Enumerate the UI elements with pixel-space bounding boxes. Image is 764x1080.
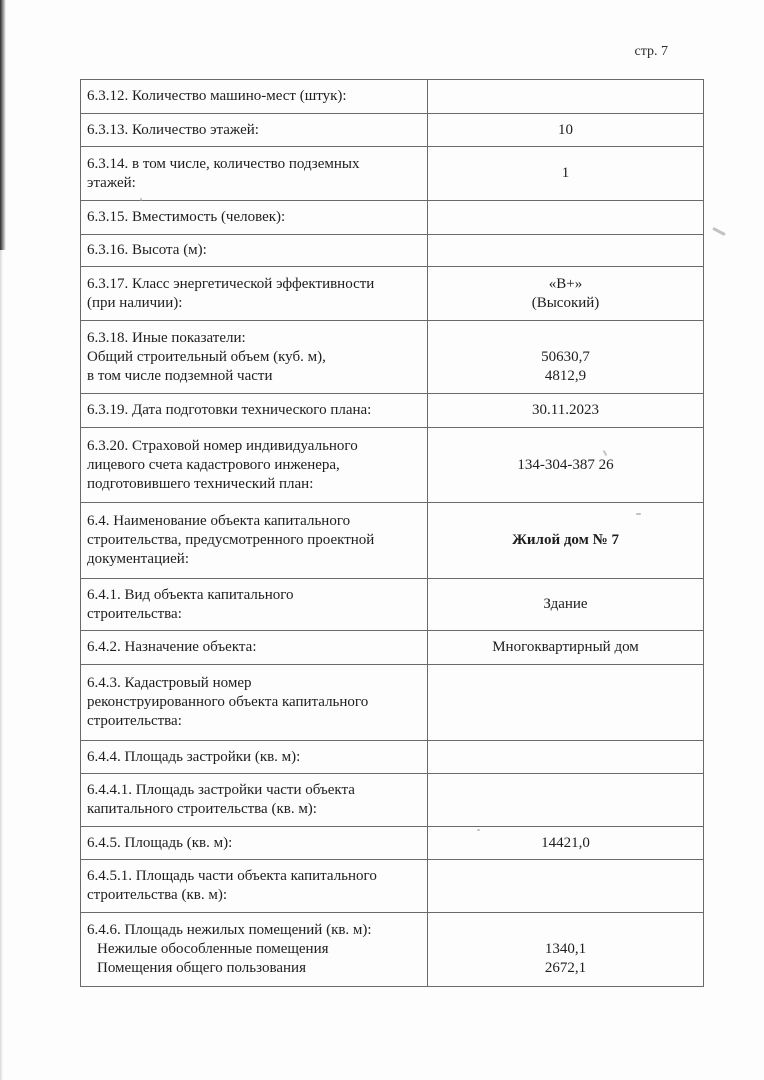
label-line: 6.4. Наименование объекта капитального — [87, 512, 421, 531]
table-row: 6.3.20. Страховой номер индивидуальногол… — [81, 428, 704, 503]
scan-edge-shadow — [0, 0, 6, 250]
field-label: 6.4.5.1. Площадь части объекта капитальн… — [81, 860, 428, 913]
building-characteristics-table: 6.3.12. Количество машино-мест (штук):6.… — [80, 79, 704, 987]
field-label: 6.4.4.1. Площадь застройки части объекта… — [81, 774, 428, 827]
field-value: 10 — [428, 114, 704, 147]
field-value — [428, 80, 704, 114]
label-line: 6.3.14. в том числе, количество подземны… — [87, 155, 421, 174]
field-value — [428, 665, 704, 741]
value-line: 1 — [434, 164, 697, 183]
table-row: 6.4.1. Вид объекта капитальногостроитель… — [81, 579, 704, 631]
field-value — [428, 235, 704, 267]
label-line: реконструированного объекта капитального — [87, 693, 421, 712]
table-row: 6.4.4. Площадь застройки (кв. м): — [81, 741, 704, 774]
field-value — [428, 774, 704, 827]
label-line: 6.3.13. Количество этажей: — [87, 121, 421, 140]
label-line: строительства, предусмотренного проектно… — [87, 531, 421, 550]
table-row: 6.3.16. Высота (м): — [81, 235, 704, 267]
table-row: 6.3.14. в том числе, количество подземны… — [81, 147, 704, 201]
label-line: строительства: — [87, 712, 421, 731]
field-value: Здание — [428, 579, 704, 631]
value-line: 50630,7 — [434, 348, 697, 367]
label-line: капитального строительства (кв. м): — [87, 800, 421, 819]
value-line: Здание — [434, 595, 697, 614]
label-line: 6.3.16. Высота (м): — [87, 241, 421, 260]
table-row: 6.4.5.1. Площадь части объекта капитальн… — [81, 860, 704, 913]
label-line: Общий строительный объем (куб. м), — [87, 348, 421, 367]
field-label: 6.4.3. Кадастровый номерреконструированн… — [81, 665, 428, 741]
field-label: 6.4.5. Площадь (кв. м): — [81, 827, 428, 860]
field-label: 6.4.1. Вид объекта капитальногостроитель… — [81, 579, 428, 631]
field-label: 6.4.4. Площадь застройки (кв. м): — [81, 741, 428, 774]
label-line: 6.4.5.1. Площадь части объекта капитальн… — [87, 867, 421, 886]
page-number: стр. 7 — [634, 44, 668, 60]
field-label: 6.3.18. Иные показатели:Общий строительн… — [81, 321, 428, 394]
label-line: в том числе подземной части — [87, 367, 421, 386]
label-line: Нежилые обособленные помещения — [87, 940, 421, 959]
scan-speck — [712, 227, 726, 236]
label-line: строительства: — [87, 605, 421, 624]
value-line: 4812,9 — [434, 367, 697, 386]
field-label: 6.3.14. в том числе, количество подземны… — [81, 147, 428, 201]
scan-speck — [140, 198, 142, 201]
value-line — [434, 921, 697, 940]
value-line: 134-304-387 26 — [434, 456, 697, 475]
table-row: 6.4.4.1. Площадь застройки части объекта… — [81, 774, 704, 827]
field-value — [428, 860, 704, 913]
field-label: 6.4.6. Площадь нежилых помещений (кв. м)… — [81, 913, 428, 987]
field-label: 6.3.20. Страховой номер индивидуальногол… — [81, 428, 428, 503]
label-line: строительства (кв. м): — [87, 886, 421, 905]
label-line: Помещения общего пользования — [87, 959, 421, 978]
table-row: 6.3.19. Дата подготовки технического пла… — [81, 394, 704, 428]
label-line: 6.3.20. Страховой номер индивидуального — [87, 437, 421, 456]
field-value — [428, 201, 704, 235]
table-row: 6.3.17. Класс энергетической эффективнос… — [81, 267, 704, 321]
field-value: 30.11.2023 — [428, 394, 704, 428]
field-value: 134-304-387 26 — [428, 428, 704, 503]
scan-speck — [477, 829, 480, 831]
field-label: 6.3.17. Класс энергетической эффективнос… — [81, 267, 428, 321]
field-value: Многоквартирный дом — [428, 631, 704, 665]
label-line: (при наличии): — [87, 294, 421, 313]
label-line: 6.3.19. Дата подготовки технического пла… — [87, 401, 421, 420]
label-line: документацией: — [87, 550, 421, 569]
table-row: 6.3.12. Количество машино-мест (штук): — [81, 80, 704, 114]
field-label: 6.3.12. Количество машино-мест (штук): — [81, 80, 428, 114]
field-value: 50630,74812,9 — [428, 321, 704, 394]
value-line: Многоквартирный дом — [434, 638, 697, 657]
table-row: 6.3.13. Количество этажей:10 — [81, 114, 704, 147]
label-line: 6.3.12. Количество машино-мест (штук): — [87, 87, 421, 106]
value-line: Жилой дом № 7 — [434, 531, 697, 550]
field-label: 6.3.19. Дата подготовки технического пла… — [81, 394, 428, 428]
table-row: 6.4. Наименование объекта капитальногост… — [81, 503, 704, 579]
table-row: 6.3.18. Иные показатели:Общий строительн… — [81, 321, 704, 394]
field-value — [428, 741, 704, 774]
field-label: 6.3.16. Высота (м): — [81, 235, 428, 267]
label-line: 6.4.1. Вид объекта капитального — [87, 586, 421, 605]
table-row: 6.4.5. Площадь (кв. м):14421,0 — [81, 827, 704, 860]
value-line: 1340,1 — [434, 940, 697, 959]
table-row: 6.4.2. Назначение объекта:Многоквартирны… — [81, 631, 704, 665]
label-line: 6.4.6. Площадь нежилых помещений (кв. м)… — [87, 921, 421, 940]
label-line: 6.4.4. Площадь застройки (кв. м): — [87, 748, 421, 767]
scan-speck — [636, 513, 641, 515]
field-label: 6.3.15. Вместимость (человек): — [81, 201, 428, 235]
value-line: «В+» — [434, 275, 697, 294]
field-value: 1340,12672,1 — [428, 913, 704, 987]
label-line: 6.4.2. Назначение объекта: — [87, 638, 421, 657]
value-line: 30.11.2023 — [434, 401, 697, 420]
value-line: 2672,1 — [434, 959, 697, 978]
field-label: 6.3.13. Количество этажей: — [81, 114, 428, 147]
field-value: «В+»(Высокий) — [428, 267, 704, 321]
scan-edge-shadow-lower — [0, 250, 3, 1080]
field-value: 1 — [428, 147, 704, 201]
label-line: 6.3.15. Вместимость (человек): — [87, 208, 421, 227]
table-row: 6.4.3. Кадастровый номерреконструированн… — [81, 665, 704, 741]
label-line: лицевого счета кадастрового инженера, — [87, 456, 421, 475]
value-line: 14421,0 — [434, 834, 697, 853]
value-line: (Высокий) — [434, 294, 697, 313]
label-line: подготовившего технический план: — [87, 475, 421, 494]
label-line: 6.4.5. Площадь (кв. м): — [87, 834, 421, 853]
label-line: 6.4.3. Кадастровый номер — [87, 674, 421, 693]
table-row: 6.3.15. Вместимость (человек): — [81, 201, 704, 235]
field-value: 14421,0 — [428, 827, 704, 860]
table-row: 6.4.6. Площадь нежилых помещений (кв. м)… — [81, 913, 704, 987]
label-line: 6.3.18. Иные показатели: — [87, 329, 421, 348]
label-line: 6.3.17. Класс энергетической эффективнос… — [87, 275, 421, 294]
label-line: этажей: — [87, 174, 421, 193]
field-label: 6.4. Наименование объекта капитальногост… — [81, 503, 428, 579]
field-value: Жилой дом № 7 — [428, 503, 704, 579]
value-line: 10 — [434, 121, 697, 140]
label-line: 6.4.4.1. Площадь застройки части объекта — [87, 781, 421, 800]
field-label: 6.4.2. Назначение объекта: — [81, 631, 428, 665]
value-line — [434, 329, 697, 348]
